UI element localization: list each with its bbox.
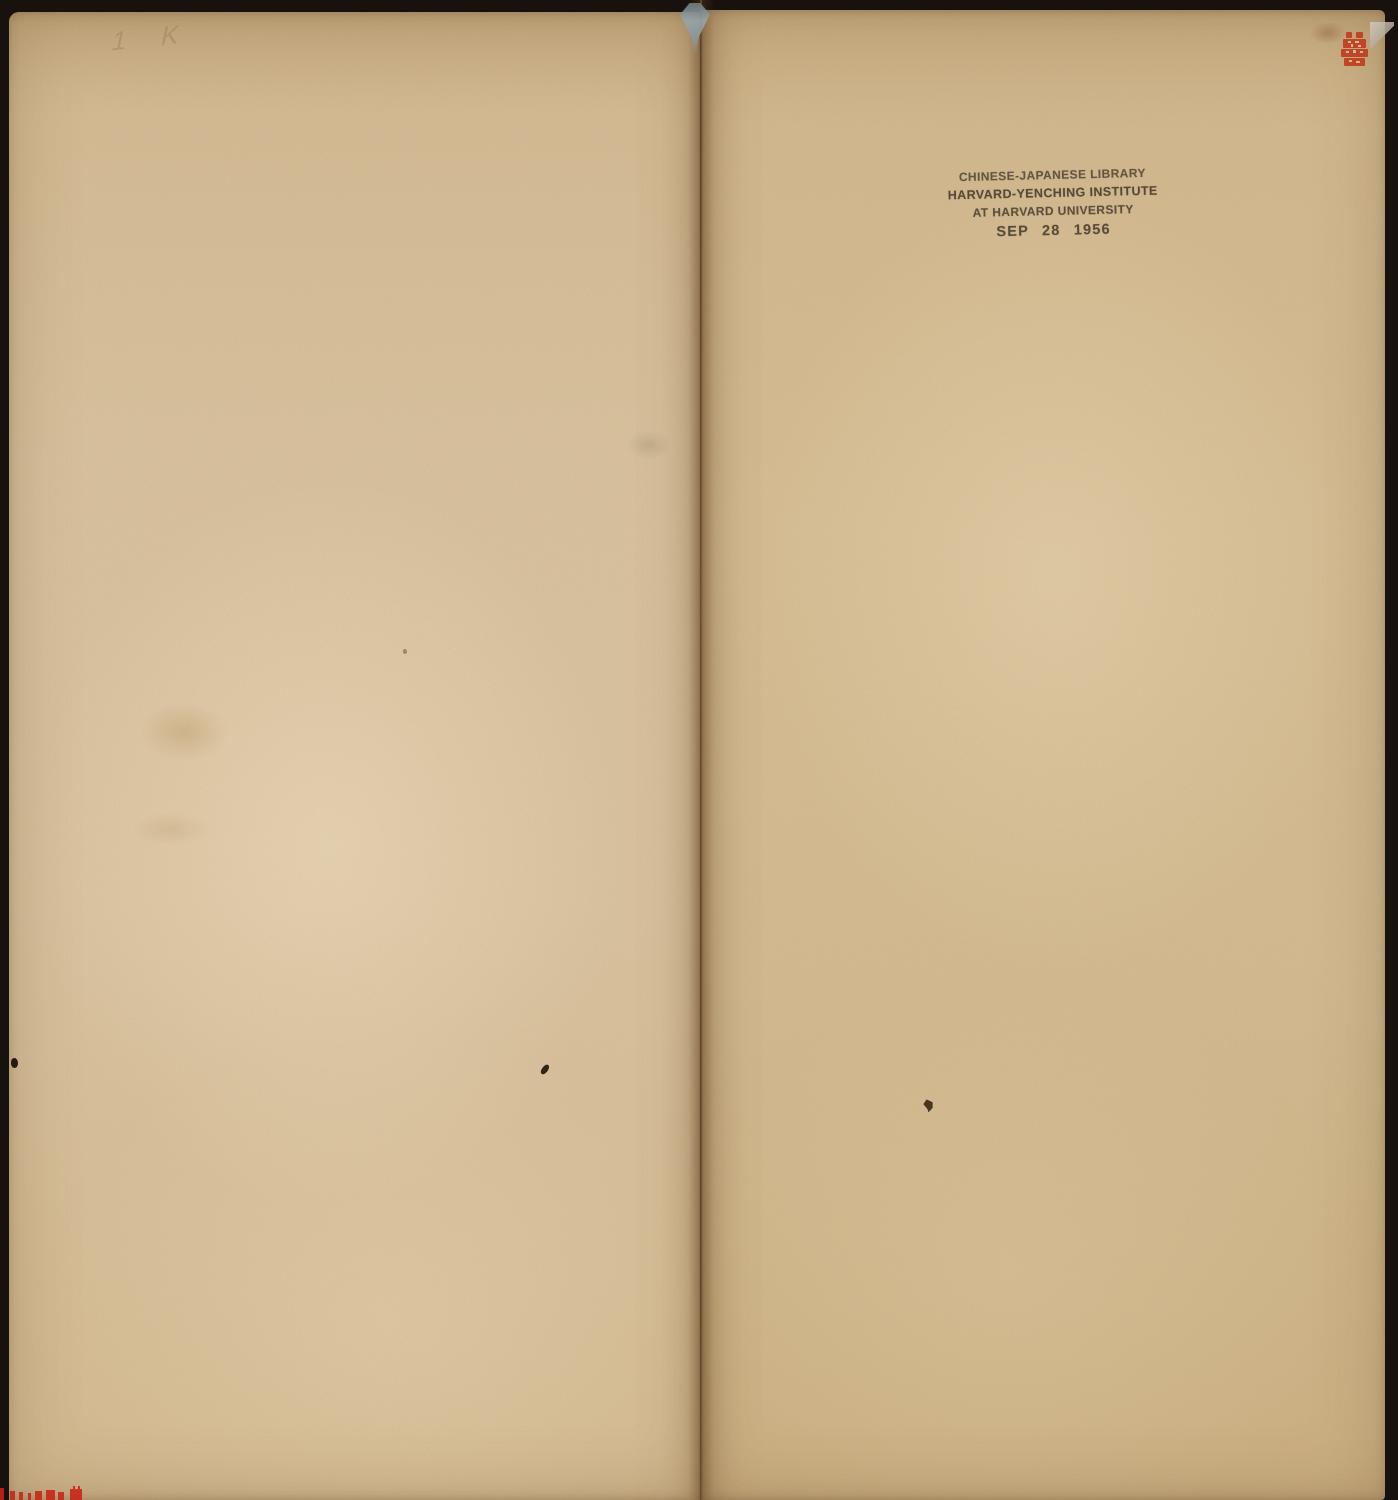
red-seal-icon: [1341, 32, 1368, 66]
page-corner-sliver: [1370, 22, 1394, 48]
paper-stain: [139, 702, 229, 762]
left-page: [9, 12, 700, 1500]
book-gutter-line: [700, 0, 702, 1500]
paper-stain: [131, 812, 211, 846]
library-stamp: CHINESE-JAPANESE LIBRARY HARVARD-YENCHIN…: [944, 164, 1162, 245]
book-scan: 1 K CHINESE-JAPANESE LIBRARY HARVARD-YEN…: [0, 0, 1398, 1500]
red-print-fragment: [0, 1485, 110, 1500]
